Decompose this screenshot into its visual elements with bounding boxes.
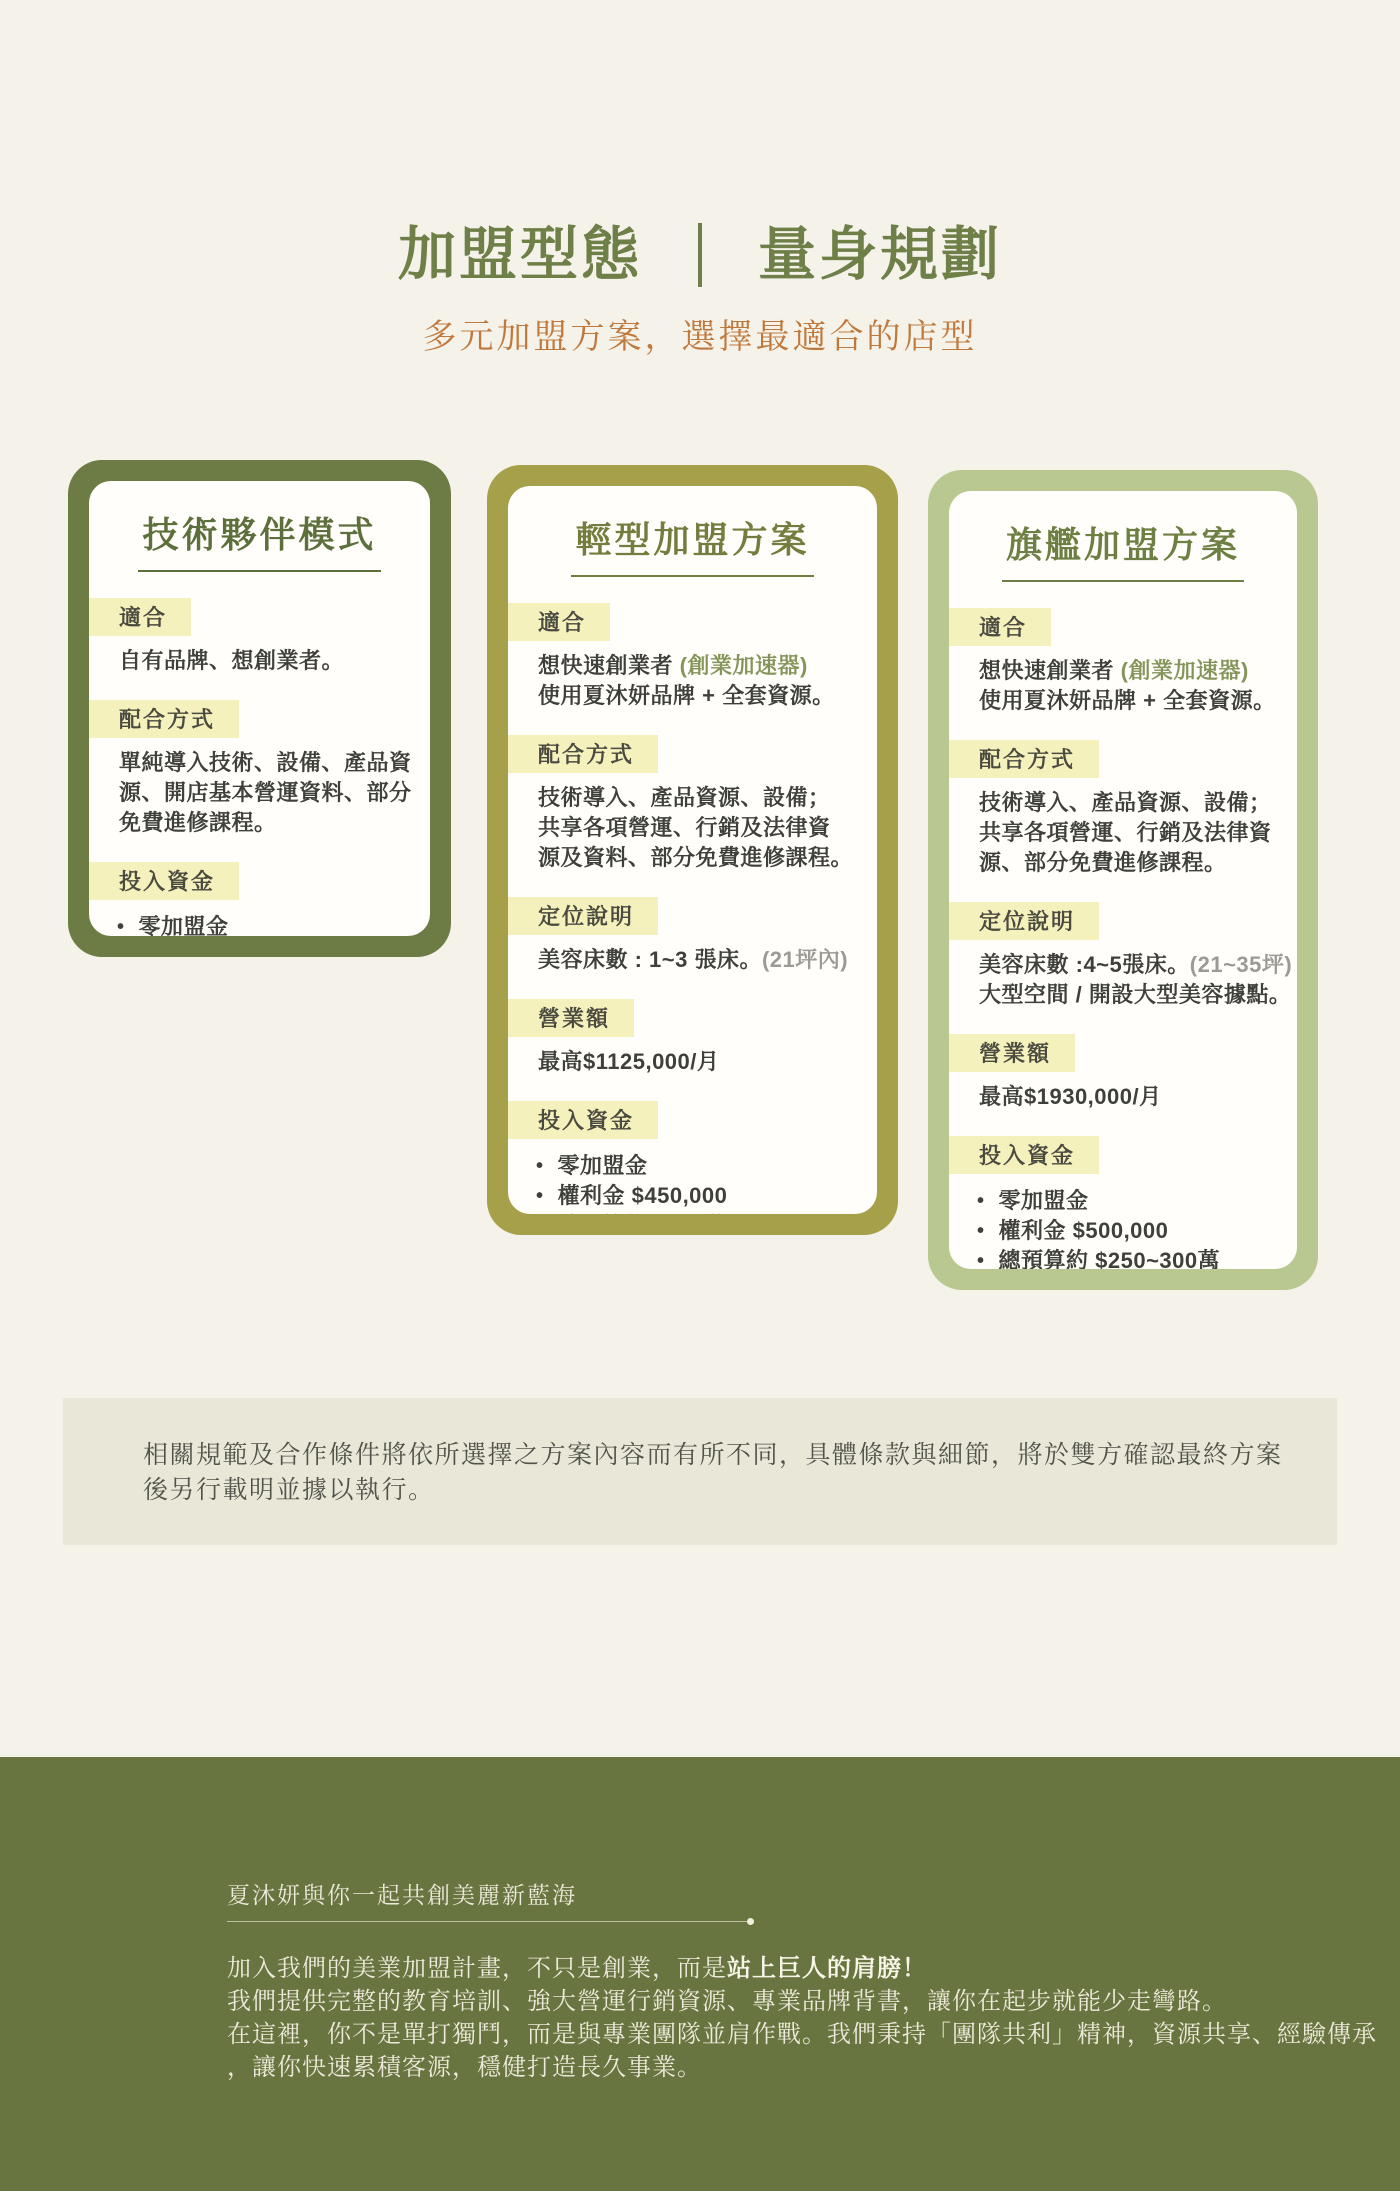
bullet-item: •總預算約 $200萬	[536, 1211, 865, 1214]
section-label: 定位說明	[508, 897, 658, 935]
plan-title: 旗艦加盟方案	[1002, 517, 1244, 582]
plan-card-technical-partner: 技術夥伴模式適合自有品牌、想創業者。配合方式單純導入技術、設備、產品資源、開店基…	[68, 460, 451, 957]
section-text-line: 美容床數 : 1~3 張床。(21坪內)	[538, 945, 865, 975]
disclaimer-line: 後另行載明並據以執行。	[143, 1473, 1287, 1508]
section-text: 美容床數 : 1~3 張床。(21坪內)	[538, 945, 865, 975]
plan-card-body: 旗艦加盟方案適合想快速創業者 (創業加速器)使用夏沐妍品牌 + 全套資源。配合方…	[949, 491, 1297, 1269]
section-text-line: 最高$1930,000/月	[979, 1082, 1285, 1112]
bullet-icon: •	[117, 912, 125, 936]
section-text-line: 美容床數 :4~5張床。(21~35坪)	[979, 950, 1285, 980]
section-label: 適合	[508, 603, 610, 641]
section-text-line: 自有品牌、想創業者。	[119, 646, 418, 676]
section-label: 投入資金	[949, 1136, 1099, 1174]
disclaimer-text: 相關規範及合作條件將依所選擇之方案內容而有所不同，具體條款與細節，將於雙方確認最…	[63, 1398, 1337, 1508]
section-text: 美容床數 :4~5張床。(21~35坪)大型空間 / 開設大型美容據點。	[979, 950, 1285, 1010]
section-text: 單純導入技術、設備、產品資源、開店基本營運資料、部分免費進修課程。	[119, 748, 418, 838]
bullet-item: •權利金 $450,000	[536, 1181, 865, 1211]
plan-title: 技術夥伴模式	[138, 507, 380, 572]
section-bullet-list: •零加盟金•權利金 $500,000•總預算約 $250~300萬	[977, 1186, 1285, 1269]
bullet-icon: •	[536, 1211, 544, 1214]
section-label: 配合方式	[949, 740, 1099, 778]
section-label: 配合方式	[508, 735, 658, 773]
plan-title-wrap: 旗艦加盟方案	[949, 517, 1297, 582]
section-text-line: 技術導入、產品資源、設備；	[538, 783, 865, 813]
divider-dot-icon	[747, 1918, 754, 1925]
plan-card-body: 輕型加盟方案適合想快速創業者 (創業加速器)使用夏沐妍品牌 + 全套資源。配合方…	[508, 486, 877, 1214]
plan-card-flagship-franchise: 旗艦加盟方案適合想快速創業者 (創業加速器)使用夏沐妍品牌 + 全套資源。配合方…	[928, 470, 1318, 1290]
plan-section: 配合方式單純導入技術、設備、產品資源、開店基本營運資料、部分免費進修課程。	[89, 700, 430, 838]
section-label: 適合	[949, 608, 1051, 646]
plan-section: 營業額最高$1125,000/月	[508, 999, 877, 1077]
plan-section: 適合想快速創業者 (創業加速器)使用夏沐妍品牌 + 全套資源。	[949, 608, 1297, 716]
plan-card-light-franchise: 輕型加盟方案適合想快速創業者 (創業加速器)使用夏沐妍品牌 + 全套資源。配合方…	[487, 465, 898, 1235]
section-label: 營業額	[949, 1034, 1075, 1072]
section-text-line: 想快速創業者 (創業加速器)	[538, 651, 865, 681]
section-label: 配合方式	[89, 700, 239, 738]
bullet-icon: •	[977, 1216, 985, 1246]
plan-section: 配合方式技術導入、產品資源、設備；共享各項營運、行銷及法律資源、部分免費進修課程…	[949, 740, 1297, 878]
plan-title-wrap: 技術夥伴模式	[89, 507, 430, 572]
footer-text-line: 我們提供完整的教育培訓、強大營運行銷資源、專業品牌背書，讓你在起步就能少走彎路。	[227, 1985, 1380, 2018]
plan-section: 配合方式技術導入、產品資源、設備；共享各項營運、行銷及法律資源及資料、部分免費進…	[508, 735, 877, 873]
section-bullet-list: •零加盟金•權利金 $450,000•總預算約 $200萬	[536, 1151, 865, 1214]
footer-divider	[227, 1921, 750, 1922]
footer-section: 夏沐妍與你一起共創美麗新藍海 加入我們的美業加盟計畫，不只是創業，而是站上巨人的…	[0, 1757, 1400, 2191]
bullet-item: •零加盟金	[117, 912, 418, 936]
footer-text-line: ，讓你快速累積客源，穩健打造長久事業。	[227, 2051, 1380, 2084]
section-text-line: 單純導入技術、設備、產品資	[119, 748, 418, 778]
section-text: 最高$1125,000/月	[538, 1047, 865, 1077]
section-text-line: 最高$1125,000/月	[538, 1047, 865, 1077]
section-bullet-list: •零加盟金•權利金 $400,000	[117, 912, 418, 936]
section-label: 營業額	[508, 999, 634, 1037]
section-label: 投入資金	[508, 1101, 658, 1139]
plan-section: 投入資金•零加盟金•權利金 $500,000•總預算約 $250~300萬	[949, 1136, 1297, 1269]
section-text: 技術導入、產品資源、設備；共享各項營運、行銷及法律資源及資料、部分免費進修課程。	[538, 783, 865, 873]
plan-section: 適合自有品牌、想創業者。	[89, 598, 430, 676]
section-label: 適合	[89, 598, 191, 636]
footer-text-line: 在這裡，你不是單打獨鬥，而是與專業團隊並肩作戰。我們秉持「團隊共利」精神，資源共…	[227, 2018, 1380, 2051]
plan-title-wrap: 輕型加盟方案	[508, 512, 877, 577]
section-text-line: 源及資料、部分免費進修課程。	[538, 843, 865, 873]
disclaimer-box: 相關規範及合作條件將依所選擇之方案內容而有所不同，具體條款與細節，將於雙方確認最…	[63, 1398, 1337, 1545]
bullet-item: •總預算約 $250~300萬	[977, 1246, 1285, 1269]
section-text-line: 使用夏沐妍品牌 + 全套資源。	[979, 686, 1285, 716]
section-text-line: 共享各項營運、行銷及法律資	[979, 818, 1285, 848]
section-text-line: 免費進修課程。	[119, 808, 418, 838]
plan-section: 投入資金•零加盟金•權利金 $400,000	[89, 862, 430, 936]
plan-section: 營業額最高$1930,000/月	[949, 1034, 1297, 1112]
section-label: 投入資金	[89, 862, 239, 900]
bullet-item: •零加盟金	[977, 1186, 1285, 1216]
plan-section: 定位說明美容床數 : 1~3 張床。(21坪內)	[508, 897, 877, 975]
bullet-icon: •	[536, 1151, 544, 1181]
bullet-item: •零加盟金	[536, 1151, 865, 1181]
section-text-line: 大型空間 / 開設大型美容據點。	[979, 980, 1285, 1010]
section-text: 技術導入、產品資源、設備；共享各項營運、行銷及法律資源、部分免費進修課程。	[979, 788, 1285, 878]
plan-card-body: 技術夥伴模式適合自有品牌、想創業者。配合方式單純導入技術、設備、產品資源、開店基…	[89, 481, 430, 936]
section-text-line: 想快速創業者 (創業加速器)	[979, 656, 1285, 686]
bullet-icon: •	[536, 1181, 544, 1211]
section-text-line: 源、部分免費進修課程。	[979, 848, 1285, 878]
section-text-line: 源、開店基本營運資料、部分	[119, 778, 418, 808]
footer-text-line: 加入我們的美業加盟計畫，不只是創業，而是站上巨人的肩膀！	[227, 1952, 1380, 1985]
section-text: 想快速創業者 (創業加速器)使用夏沐妍品牌 + 全套資源。	[979, 656, 1285, 716]
section-text: 想快速創業者 (創業加速器)使用夏沐妍品牌 + 全套資源。	[538, 651, 865, 711]
section-label: 定位說明	[949, 902, 1099, 940]
section-text-line: 共享各項營運、行銷及法律資	[538, 813, 865, 843]
plan-section: 投入資金•零加盟金•權利金 $450,000•總預算約 $200萬	[508, 1101, 877, 1214]
footer-heading: 夏沐妍與你一起共創美麗新藍海	[227, 1879, 1400, 1911]
plan-section: 適合想快速創業者 (創業加速器)使用夏沐妍品牌 + 全套資源。	[508, 603, 877, 711]
plan-title: 輕型加盟方案	[571, 512, 813, 577]
section-text: 自有品牌、想創業者。	[119, 646, 418, 676]
footer-paragraph: 加入我們的美業加盟計畫，不只是創業，而是站上巨人的肩膀！我們提供完整的教育培訓、…	[227, 1952, 1380, 2084]
section-text-line: 使用夏沐妍品牌 + 全套資源。	[538, 681, 865, 711]
section-text-line: 技術導入、產品資源、設備；	[979, 788, 1285, 818]
bullet-item: •權利金 $500,000	[977, 1216, 1285, 1246]
section-text: 最高$1930,000/月	[979, 1082, 1285, 1112]
disclaimer-line: 相關規範及合作條件將依所選擇之方案內容而有所不同，具體條款與細節，將於雙方確認最…	[143, 1438, 1287, 1473]
plan-section: 定位說明美容床數 :4~5張床。(21~35坪)大型空間 / 開設大型美容據點。	[949, 902, 1297, 1010]
bullet-icon: •	[977, 1186, 985, 1216]
bullet-icon: •	[977, 1246, 985, 1269]
franchise-page: 加盟型態 量身規劃 多元加盟方案，選擇最適合的店型 技術夥伴模式適合自有品牌、想…	[0, 0, 1400, 2191]
